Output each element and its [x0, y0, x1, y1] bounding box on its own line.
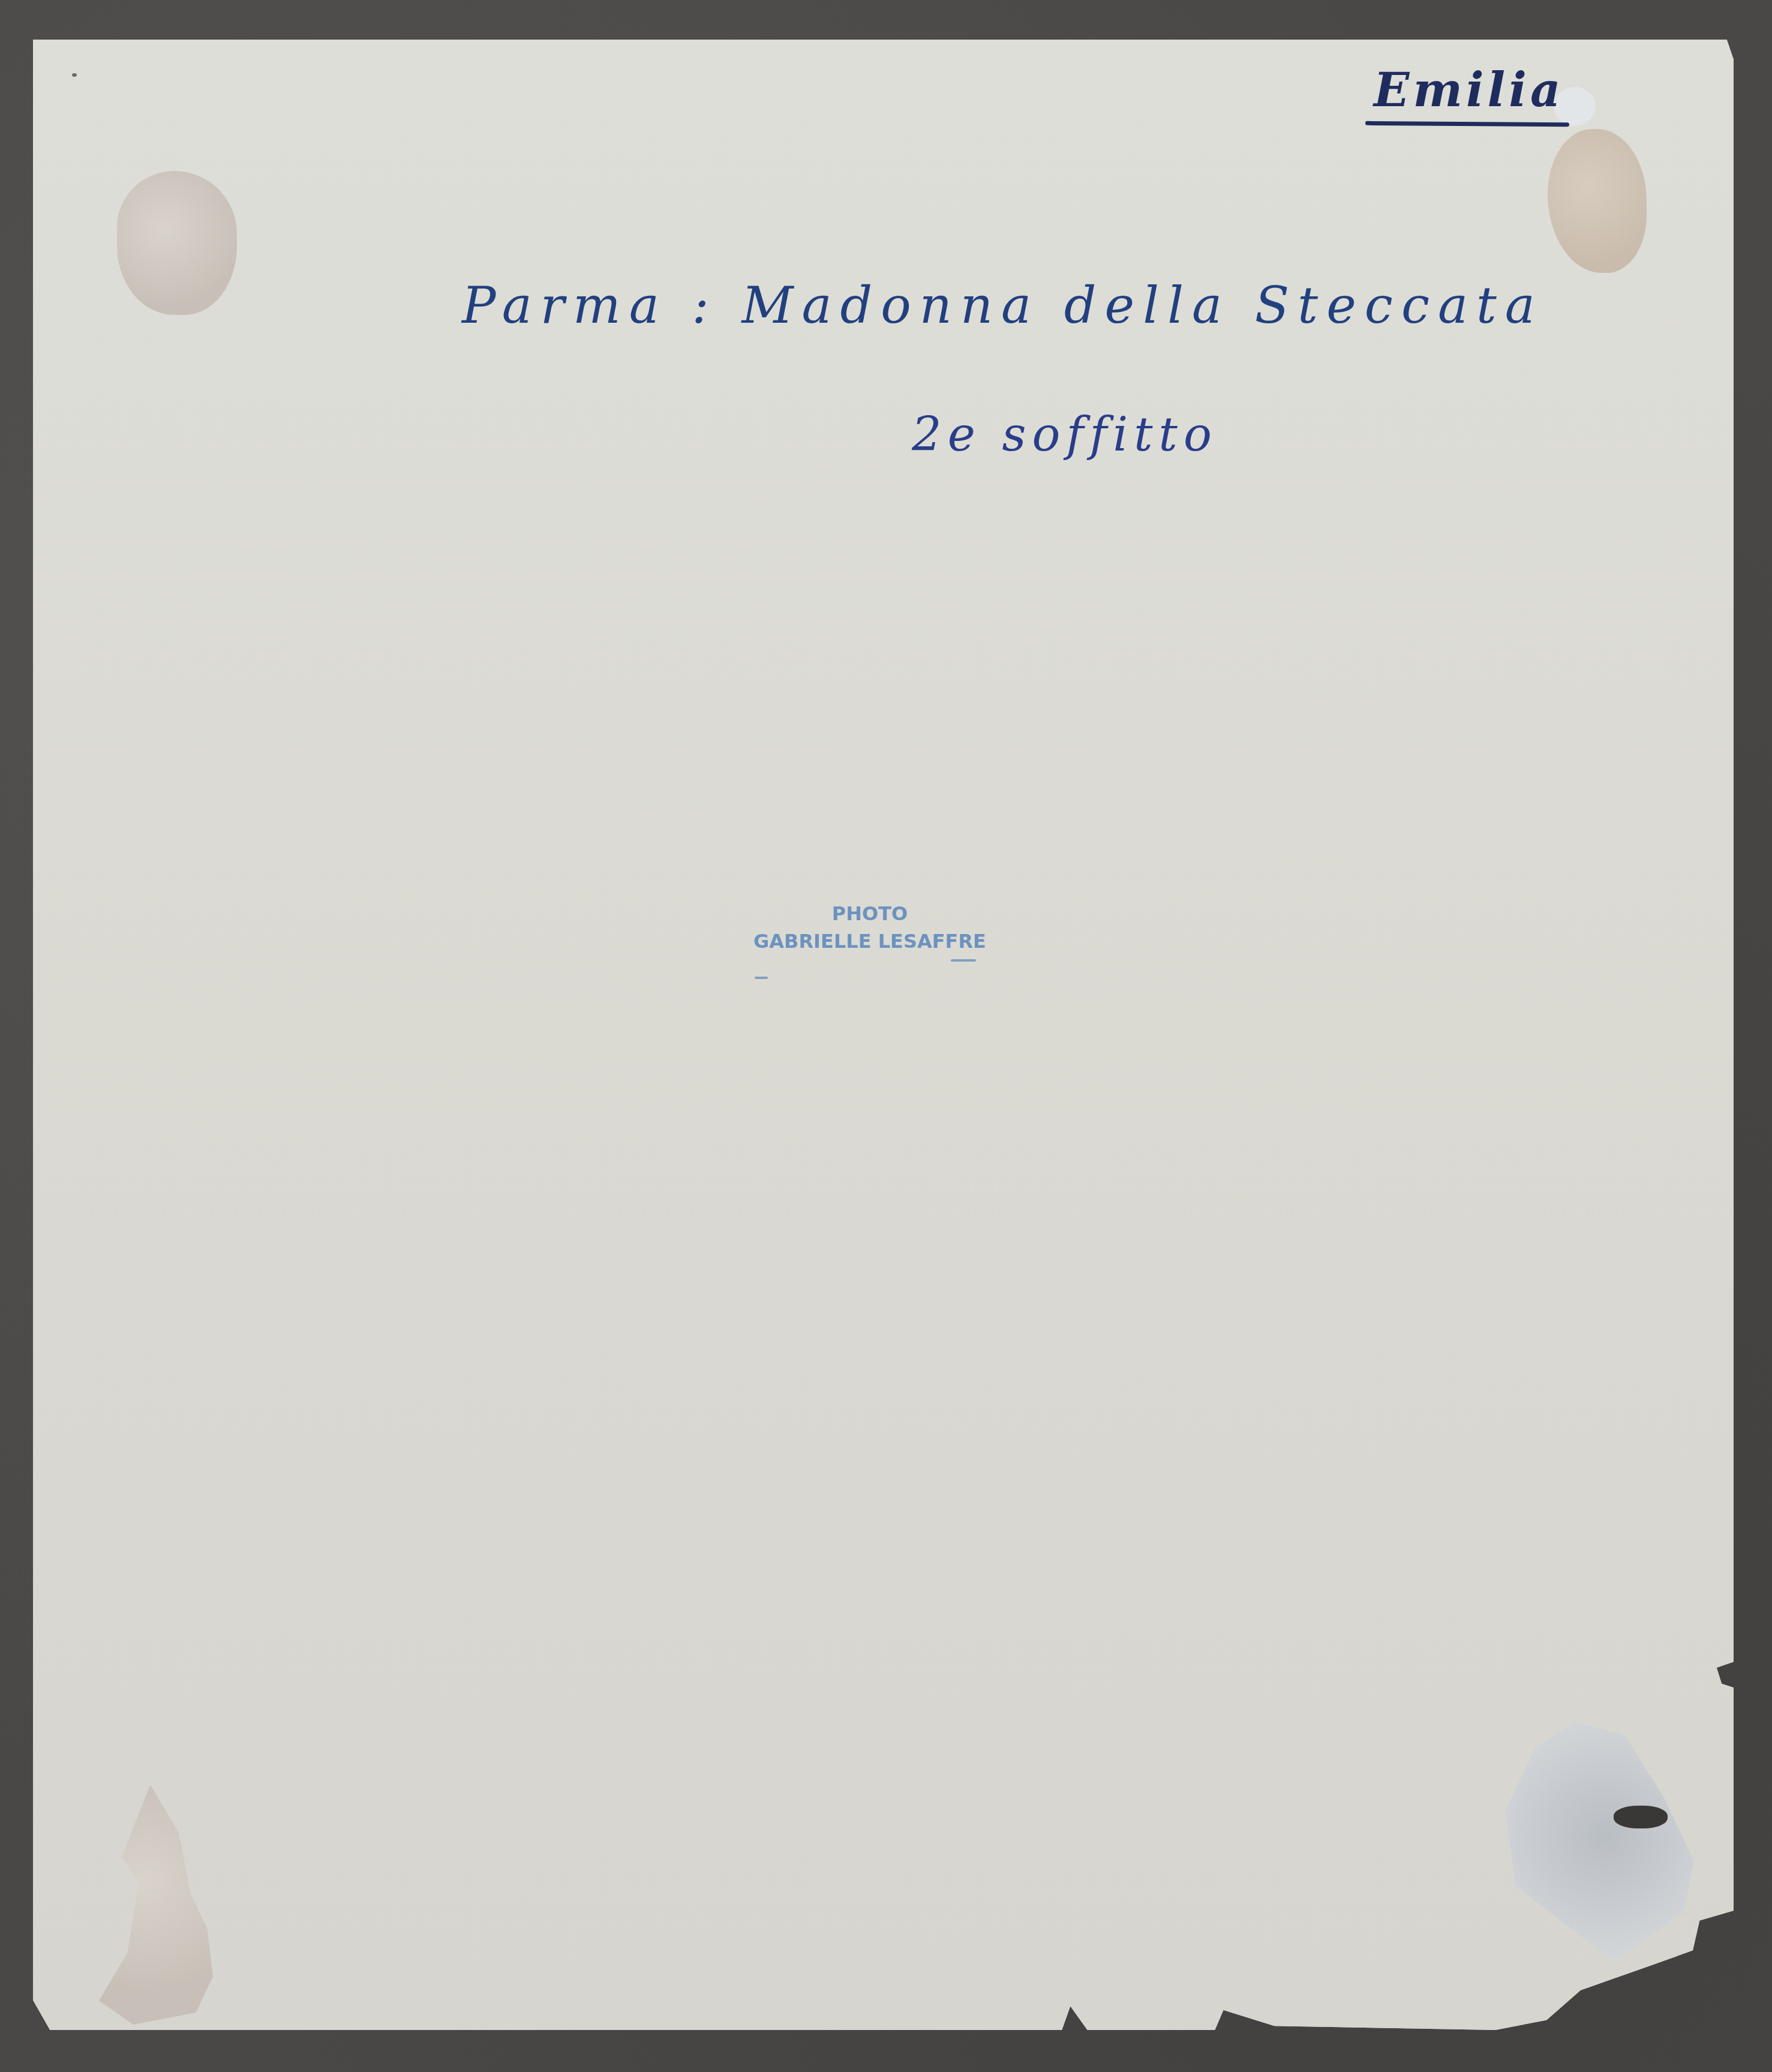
- stamp-mark: [755, 977, 768, 979]
- paper-tear-hole: [1614, 1806, 1668, 1828]
- paper-speck: [72, 73, 77, 77]
- stamp-mark: [951, 959, 976, 962]
- photographer-stamp: PHOTO GABRIELLE LESAFFRE: [750, 900, 990, 955]
- stamp-line-1: PHOTO: [750, 900, 990, 927]
- caption-subtitle: 2e soffitto: [912, 408, 1218, 462]
- photo-back-paper: [33, 40, 1734, 2030]
- region-label: Emilia: [1374, 63, 1564, 118]
- adhesive-residue-top-left: [117, 171, 237, 315]
- caption-title: Parma : Madonna della Steccata: [462, 276, 1543, 335]
- stamp-line-2: GABRIELLE LESAFFRE: [750, 927, 990, 955]
